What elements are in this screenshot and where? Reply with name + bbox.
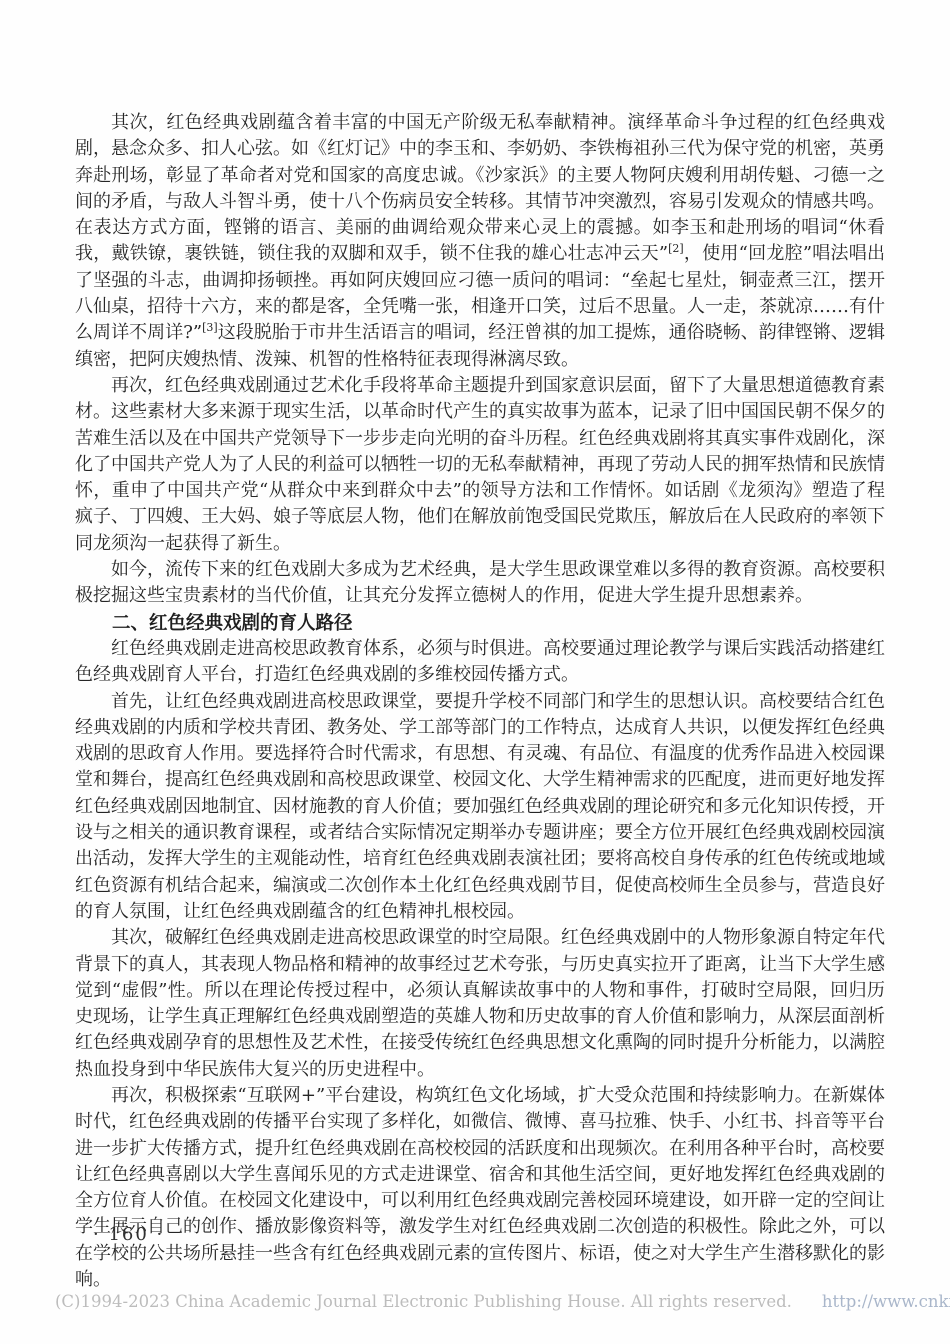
document-page: 其次，红色经典戏剧蕴含着丰富的中国无产阶级无私奉献精神。演绎革命斗争过程的红色经… <box>0 0 950 1344</box>
body-paragraph-5: 首先，让红色经典戏剧进高校思政课堂，要提升学校不同部门和学生的思想认识。高校要结… <box>75 689 885 926</box>
section-heading-2: 二、红色经典戏剧的育人路径 <box>75 610 885 636</box>
citation-ref-3: [3] <box>202 321 218 334</box>
body-paragraph-2: 再次，红色经典戏剧通过艺术化手段将革命主题提升到国家意识层面，留下了大量思想道德… <box>75 373 885 557</box>
body-paragraph-3: 如今，流传下来的红色戏剧大多成为艺术经典，是大学生思政课堂难以多得的教育资源。高… <box>75 557 885 610</box>
body-paragraph-4: 红色经典戏剧走进高校思政教育体系，必须与时俱进。高校要通过理论教学与课后实践活动… <box>75 636 885 689</box>
citation-ref-2: [2] <box>668 242 684 255</box>
article-body: 其次，红色经典戏剧蕴含着丰富的中国无产阶级无私奉献精神。演绎革命斗争过程的红色经… <box>75 110 885 1293</box>
cnki-url[interactable]: http://www.cnki.net <box>822 1292 950 1311</box>
body-paragraph-1: 其次，红色经典戏剧蕴含着丰富的中国无产阶级无私奉献精神。演绎革命斗争过程的红色经… <box>75 110 885 373</box>
page-number: · 160 · <box>93 1224 164 1245</box>
body-paragraph-6: 其次，破解红色经典戏剧走进高校思政课堂的时空局限。红色经典戏剧中的人物形象源自特… <box>75 925 885 1083</box>
copyright-text: (C)1994-2023 China Academic Journal Elec… <box>55 1292 792 1311</box>
paragraph-1-text-pre: 其次，红色经典戏剧蕴含着丰富的中国无产阶级无私奉献精神。演绎革命斗争过程的红色经… <box>75 112 885 264</box>
cnki-footer: (C)1994-2023 China Academic Journal Elec… <box>55 1292 915 1311</box>
body-paragraph-7: 再次，积极探索“互联网+”平台建设，构筑红色文化场域，扩大受众范围和持续影响力。… <box>75 1083 885 1293</box>
